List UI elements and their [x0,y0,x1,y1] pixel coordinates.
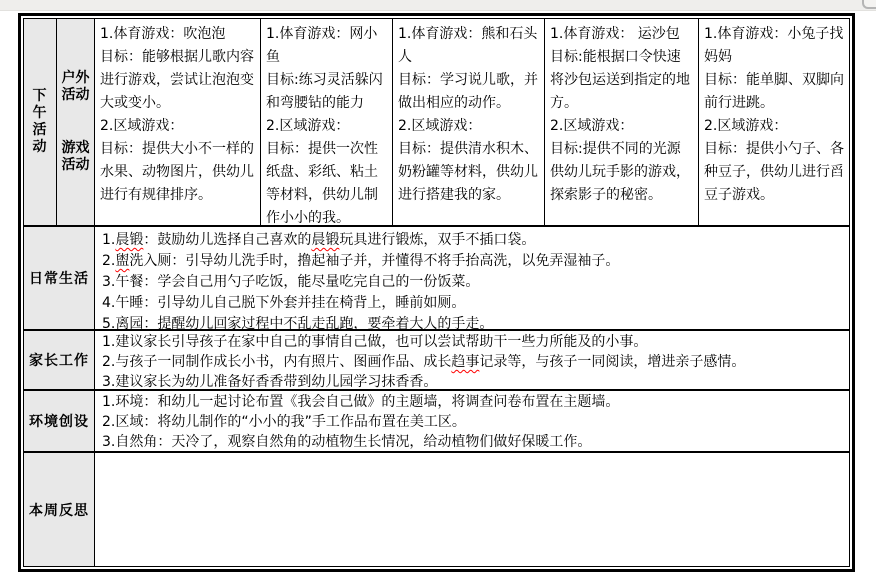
parent-work-content: 1.建议家长引导孩子在家中自己的事情自己做，也可以尝试帮助干一些力所能及的小事。… [95,331,849,391]
row-header-afternoon-activity: 下午活动 [24,19,57,227]
row-header-environment: 环境创设 [24,391,95,453]
environment-label: 环境创设 [29,411,89,431]
afternoon-col-monday: 1.体育游戏：吹泡泡目标：能够根据儿歌内容进行游戏，尝试让泡泡变大或变小。2.区… [95,19,261,227]
row-header-reflection: 本周反思 [24,453,95,566]
page-top-strip [0,0,876,11]
outdoor-activity-label: 户外活动 [60,70,92,104]
weekly-plan-table: 下午活动 户外活动 游戏活动 1.体育游戏：吹泡泡目标：能够根据儿歌内容进行游戏… [18,13,855,572]
parent-work-label: 家长工作 [29,350,89,370]
game-activity-label: 游戏活动 [60,140,92,174]
row-header-daily-life: 日常生活 [24,227,95,331]
afternoon-col-tuesday: 1.体育游戏：网小鱼目标:练习灵活躲闪和弯腰钻的能力2.区域游戏：目标：提供一次… [261,19,393,227]
reflection-content [95,453,849,566]
row-header-parent-work: 家长工作 [24,331,95,391]
weekly-plan-table-grid: 下午活动 户外活动 游戏活动 1.体育游戏：吹泡泡目标：能够根据儿歌内容进行游戏… [23,18,850,567]
daily-life-content: 1.晨锻：鼓励幼儿选择自己喜欢的晨锻玩具进行锻炼，双手不插口袋。2.盥洗入厕：引… [95,227,849,331]
afternoon-activity-label: 下午活动 [32,88,48,156]
afternoon-col-wednesday: 1.体育游戏：熊和石头人目标：学习说儿歌，并做出相应的动作。2.区域游戏：目标：… [393,19,545,227]
afternoon-col-thursday: 1.体育游戏： 运沙包目标:能根据口令快速将沙包运送到指定的地方。2.区域游戏：… [545,19,699,227]
scrollbar-corner-fragment-icon [862,0,876,9]
reflection-label: 本周反思 [29,500,89,520]
afternoon-col-friday: 1.体育游戏：小兔子找妈妈目标：能单脚、双脚向前行进跳。2.区域游戏：目标：提供… [699,19,849,227]
row-subheader-outdoor-and-game: 户外活动 游戏活动 [57,19,95,227]
daily-life-label: 日常生活 [29,268,89,288]
environment-content: 1.环境：和幼儿一起讨论布置《我会自己做》的主题墙，将调查问卷布置在主题墙。2.… [95,391,849,453]
